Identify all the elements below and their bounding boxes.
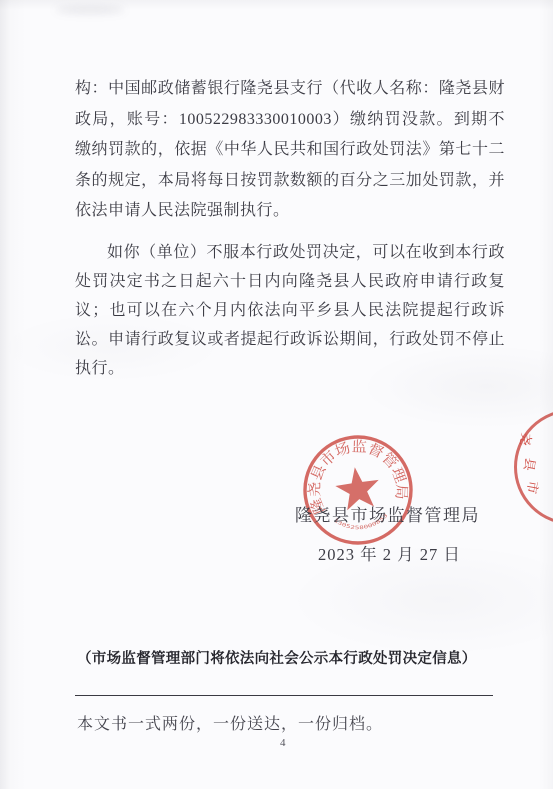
footer-divider-line xyxy=(75,695,493,696)
official-seal: 隆尧县市场监督管理局 1305258000853 xyxy=(292,424,423,555)
signature-date: 2023 年 2 月 27 日 xyxy=(318,541,461,565)
paragraph-appeal-rights: 如你（单位）不服本行政处罚决定，可以在收到本行政处罚决定书之日起六十日内向隆尧县… xyxy=(75,238,505,383)
signature-agency-name: 隆尧县市场监督管理局 xyxy=(295,501,480,526)
public-disclosure-notice: （市场监督管理部门将依法向社会公示本行政处罚决定信息） xyxy=(77,647,487,668)
distribution-note: 本文书一式两份，一份送达，一份归档。 xyxy=(77,711,383,734)
paragraph-payment-instructions: 构：中国邮政储蓄银行隆尧县支行（代收人名称：隆尧县财政局，账号：10052298… xyxy=(75,74,505,227)
page-number: 4 xyxy=(280,737,286,749)
scanned-document-page: 构：中国邮政储蓄银行隆尧县支行（代收人名称：隆尧县财政局，账号：10052298… xyxy=(0,0,553,789)
scan-smudge xyxy=(55,6,125,14)
